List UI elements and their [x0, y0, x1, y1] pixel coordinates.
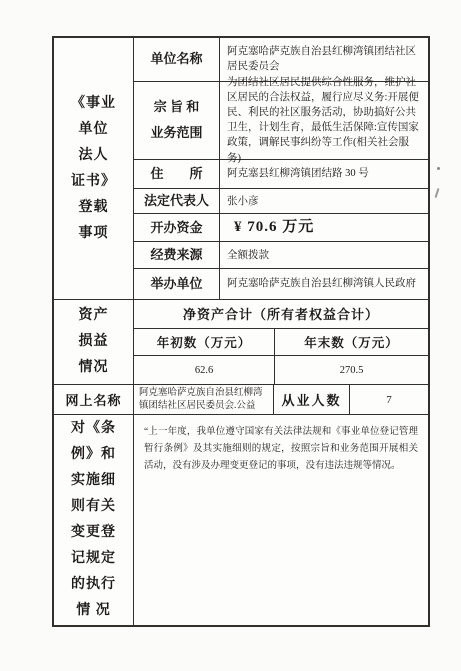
year-end-header: 年末数（万元） — [275, 329, 428, 356]
startup-capital-value: ¥ 70.6 万元 — [220, 214, 428, 241]
staff-count-label: 从业人数 — [274, 385, 350, 414]
row-sponsor-unit: 举办单位 阿克塞哈萨克族自治县红柳湾镇人民政府 — [134, 269, 428, 299]
certificate-items-section: 《事业 单位 法人 证书》 登载 事项 单位名称 阿克塞哈萨克族自治县红柳湾镇团… — [54, 38, 428, 300]
sponsor-unit-value: 阿克塞哈萨克族自治县红柳湾镇人民政府 — [220, 269, 428, 299]
assets-section: 资产 损益 情况 净资产合计（所有者权益合计） 年初数（万元） 年末数（万元） … — [54, 300, 428, 385]
staff-count-value: 7 — [350, 385, 428, 414]
row-address: 住 所 阿克塞县红柳湾镇团结路 30 号 — [134, 160, 428, 190]
startup-capital-label: 开办资金 — [134, 214, 220, 241]
legal-representative-value: 张小彦 — [220, 189, 428, 213]
row-legal-representative: 法定代表人 张小彦 — [134, 189, 428, 214]
certificate-rows: 单位名称 阿克塞哈萨克族自治县红柳湾镇团结社区居民委员会 宗 旨 和 业务范围 … — [134, 38, 428, 299]
funding-source-label: 经费来源 — [134, 242, 220, 268]
assets-values: 62.6 270.5 — [134, 356, 428, 384]
annual-report-form-table: 《事业 单位 法人 证书》 登载 事项 单位名称 阿克塞哈萨克族自治县红柳湾镇团… — [52, 36, 430, 627]
assets-column-headers: 年初数（万元） 年末数（万元） — [134, 329, 428, 357]
year-start-value: 62.6 — [134, 356, 275, 384]
address-label: 住 所 — [134, 160, 220, 189]
compliance-content: “上一年度，我单位遵守国家有关法律法规和《事业单位登记管理暂行条例》及其实施细则… — [134, 415, 428, 625]
scan-artifact-slash — [435, 188, 440, 198]
row-startup-capital: 开办资金 ¥ 70.6 万元 — [134, 214, 428, 242]
compliance-section: 对《条 例》和 实施细 则有关 变更登 记规定 的执行 情 况 “上一年度，我单… — [54, 415, 428, 625]
assets-section-label: 资产 损益 情况 — [54, 300, 134, 384]
sponsor-unit-label: 举办单位 — [134, 269, 220, 299]
unit-name-label: 单位名称 — [134, 38, 220, 81]
certificate-section-label: 《事业 单位 法人 证书》 登载 事项 — [54, 38, 134, 299]
purpose-scope-value: 为团结社区居民提供综合性服务，维护社区居民的合法权益，履行应尽义务:开展便民、利… — [220, 82, 428, 159]
net-assets-header: 净资产合计（所有者权益合计） — [134, 300, 428, 329]
online-name-value: 阿克塞哈萨克族自治县红柳湾镇团结社区居民委员会.公益 — [134, 385, 274, 414]
purpose-scope-label: 宗 旨 和 业务范围 — [134, 82, 220, 159]
online-name-label: 网上名称 — [54, 385, 134, 414]
scan-artifact-dot — [437, 167, 440, 170]
year-end-value: 270.5 — [275, 356, 428, 384]
address-value: 阿克塞县红柳湾镇团结路 30 号 — [220, 160, 428, 189]
assets-rows: 净资产合计（所有者权益合计） 年初数（万元） 年末数（万元） 62.6 270.… — [134, 300, 428, 384]
legal-representative-label: 法定代表人 — [134, 189, 220, 213]
online-name-section: 网上名称 阿克塞哈萨克族自治县红柳湾镇团结社区居民委员会.公益 从业人数 7 — [54, 385, 428, 415]
compliance-statement: “上一年度，我单位遵守国家有关法律法规和《事业单位登记管理暂行条例》及其实施细则… — [144, 424, 418, 475]
row-purpose-scope: 宗 旨 和 业务范围 为团结社区居民提供综合性服务，维护社区居民的合法权益，履行… — [134, 82, 428, 160]
year-start-header: 年初数（万元） — [134, 329, 275, 356]
funding-source-value: 全额拨款 — [220, 242, 428, 268]
compliance-section-label: 对《条 例》和 实施细 则有关 变更登 记规定 的执行 情 况 — [54, 415, 134, 625]
row-funding-source: 经费来源 全额拨款 — [134, 242, 428, 269]
